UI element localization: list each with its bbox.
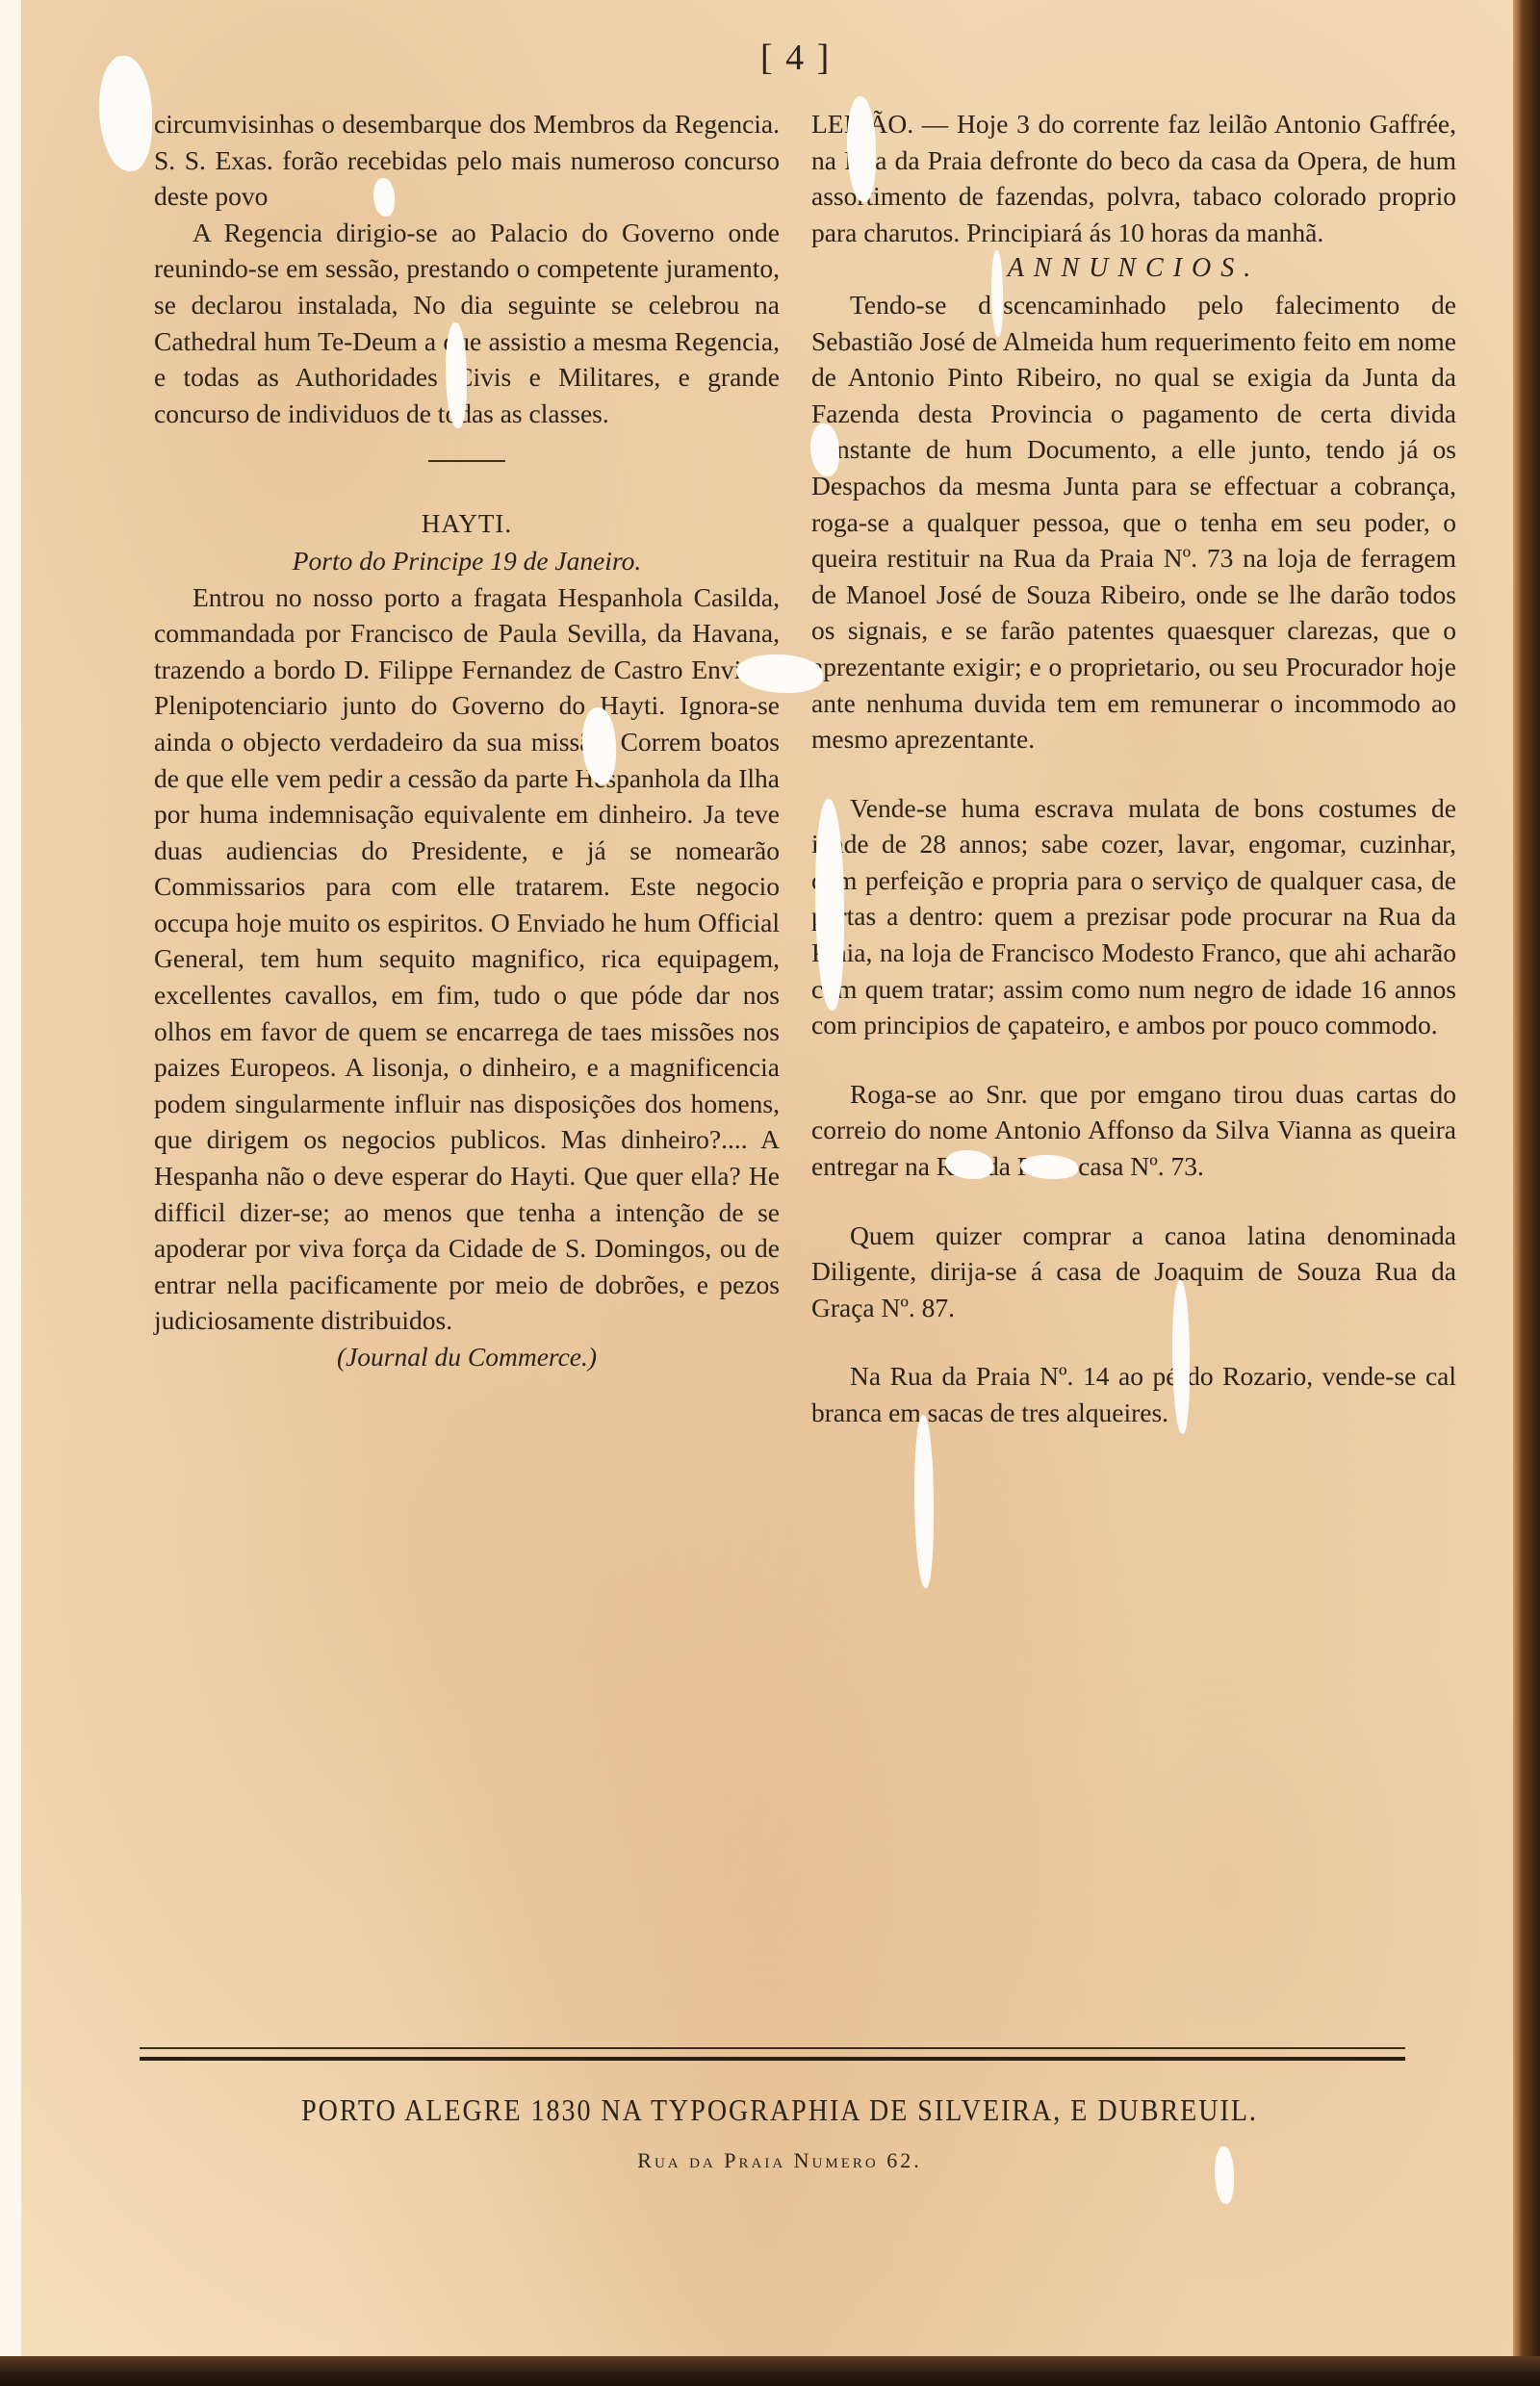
paper-hole (991, 250, 1003, 337)
article-source: (Journal du Commerce.) (154, 1339, 780, 1375)
paper-hole (914, 1415, 934, 1588)
printer-imprint: PORTO ALEGRE 1830 NA TYPOGRAPHIA DE SILV… (135, 2094, 1424, 2130)
regencia-paragraph-2: A Regencia dirigio-se ao Palacio do Gove… (154, 215, 780, 432)
section-heading-annuncios: ANNUNCIOS. (811, 250, 1456, 287)
scan-bottom-edge (0, 2356, 1540, 2386)
announcement: Tendo-se descencaminhado pelo faleciment… (811, 287, 1456, 757)
paper-hole (446, 322, 467, 428)
dateline: Porto do Principe 19 de Janeiro. (154, 543, 780, 579)
scan-margin (0, 0, 21, 2356)
announcement: Vende-se huma escrava mulata de bons cos… (811, 790, 1456, 1043)
announcement: Quem quizer comprar a canoa latina denom… (811, 1218, 1456, 1326)
section-heading-hayti: HAYTI. (154, 506, 780, 543)
newspaper-page: [ 4 ] circumvisinhas o desembarque dos M… (0, 0, 1530, 2356)
announcement: Na Rua da Praia Nº. 14 ao pé do Rozario,… (811, 1358, 1456, 1430)
book-binding-edge (1513, 0, 1540, 2386)
auction-notice: LEILÃO. — Hoje 3 do corrente faz leilão … (811, 106, 1456, 250)
paper-hole (373, 178, 395, 217)
announcement: Roga-se ao Snr. que por emgano tirou dua… (811, 1076, 1456, 1185)
regencia-paragraph-1: circumvisinhas o desembarque dos Membros… (154, 106, 780, 215)
footer-double-rule (140, 2047, 1405, 2061)
right-column: LEILÃO. — Hoje 3 do corrente faz leilão … (811, 106, 1456, 1431)
hayti-article: Entrou no nosso porto a fragata Hespanho… (154, 579, 780, 1339)
page-number: [ 4 ] (760, 37, 831, 79)
left-column: circumvisinhas o desembarque dos Membros… (154, 106, 780, 1375)
paper-hole (1215, 2146, 1234, 2204)
section-divider (428, 460, 505, 462)
paper-hole (99, 56, 152, 171)
